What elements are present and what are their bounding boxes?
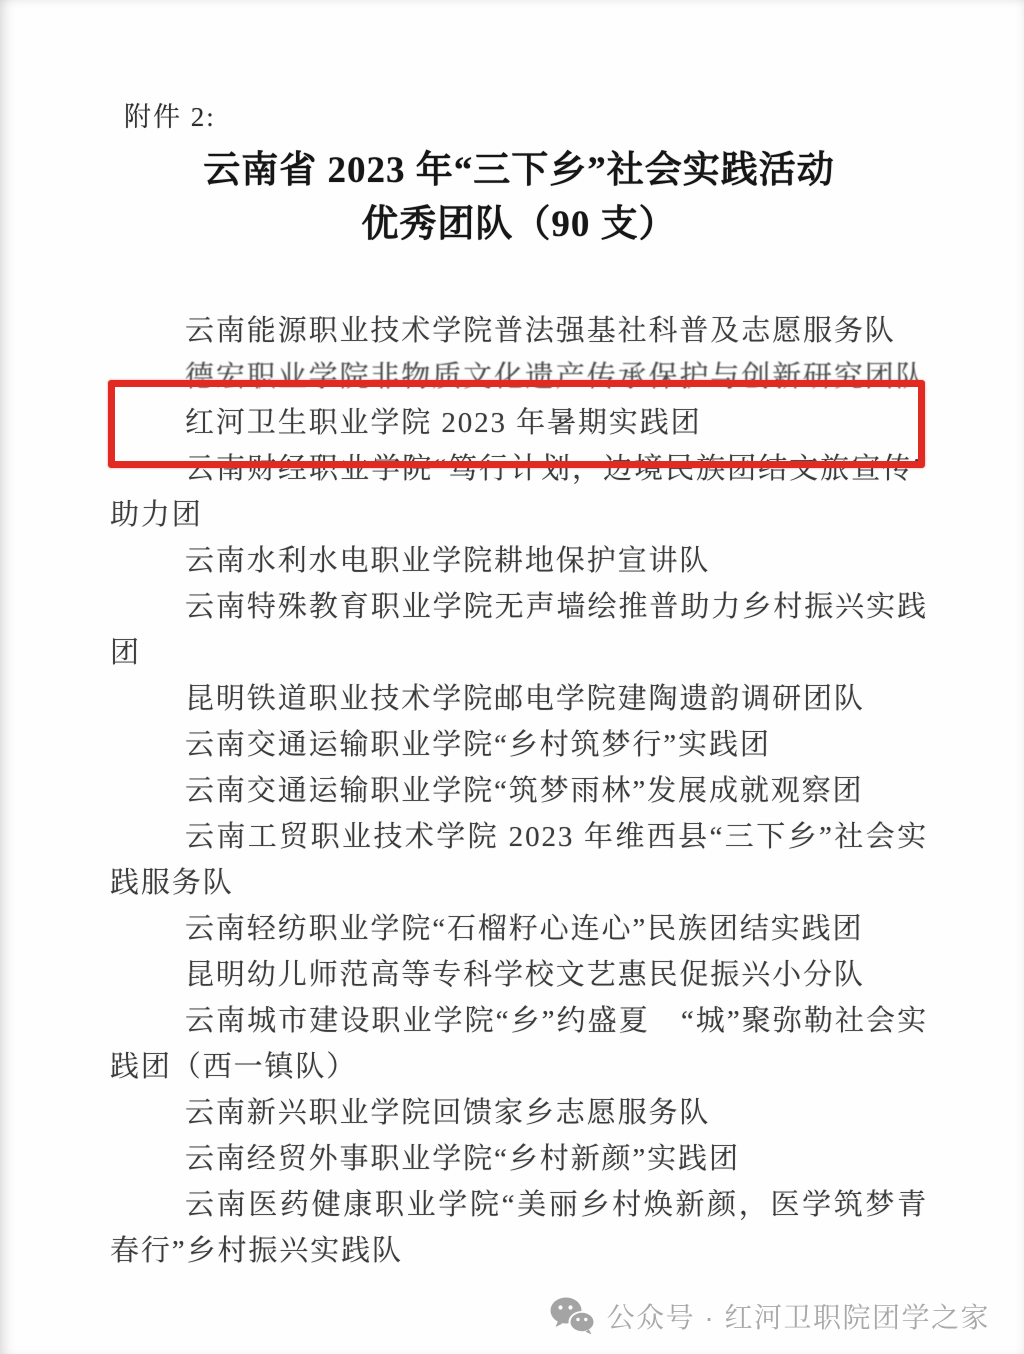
team-list-item: 云南城市建设职业学院“乡”约盛夏 “城”聚弥勒社会实践团（西一镇队） xyxy=(110,998,928,1090)
team-list-item: 云南医药健康职业学院“美丽乡村焕新颜，医学筑梦青春行”乡村振兴实践队 xyxy=(110,1182,928,1274)
attachment-label: 附件 2: xyxy=(124,100,1024,134)
team-list-item: 云南工贸职业技术学院 2023 年维西县“三下乡”社会实践服务队 xyxy=(110,814,928,906)
team-list-item: 云南交通运输职业学院“乡村筑梦行”实践团 xyxy=(110,722,928,768)
team-list-item: 昆明幼儿师范高等专科学校文艺惠民促振兴小分队 xyxy=(110,952,928,998)
team-list-item: 德宏职业学院非物质文化遗产传承保护与创新研究团队 xyxy=(110,354,928,400)
team-list-item: 云南轻纺职业学院“石榴籽心连心”民族团结实践团 xyxy=(110,906,928,952)
team-list-item: 云南特殊教育职业学院无声墙绘推普助力乡村振兴实践团 xyxy=(110,584,928,676)
team-list-item-highlighted: 红河卫生职业学院 2023 年暑期实践团 xyxy=(110,400,928,446)
team-list-item: 云南财经职业学院“笃行计划，边境民族团结文旅宣传”助力团 xyxy=(110,446,928,538)
document-title-line1: 云南省 2023 年“三下乡”社会实践活动 xyxy=(110,144,928,198)
document-page: 附件 2: 云南省 2023 年“三下乡”社会实践活动 优秀团队（90 支） 云… xyxy=(0,0,1024,1354)
team-list-item: 云南能源职业技术学院普法强基社科普及志愿服务队 xyxy=(110,308,928,354)
team-list-item: 云南水利水电职业学院耕地保护宣讲队 xyxy=(110,538,928,584)
team-list-item: 昆明铁道职业技术学院邮电学院建陶遗韵调研团队 xyxy=(110,676,928,722)
team-list-item: 云南交通运输职业学院“筑梦雨林”发展成就观察团 xyxy=(110,768,928,814)
team-list-item: 云南经贸外事职业学院“乡村新颜”实践团 xyxy=(110,1136,928,1182)
document-title-line2: 优秀团队（90 支） xyxy=(110,198,928,252)
team-list: 云南能源职业技术学院普法强基社科普及志愿服务队 德宏职业学院非物质文化遗产传承保… xyxy=(110,308,928,1274)
document-title: 云南省 2023 年“三下乡”社会实践活动 优秀团队（90 支） xyxy=(110,144,928,252)
team-list-item: 云南新兴职业学院回馈家乡志愿服务队 xyxy=(110,1090,928,1136)
footer-watermark-text: 公众号 · 红河卫职院团学之家 xyxy=(607,1296,990,1336)
footer-watermark: 公众号 · 红河卫职院团学之家 xyxy=(549,1296,990,1336)
highlighted-team-label: 红河卫生职业学院 2023 年暑期实践团 xyxy=(185,407,702,439)
wechat-icon xyxy=(549,1296,595,1336)
